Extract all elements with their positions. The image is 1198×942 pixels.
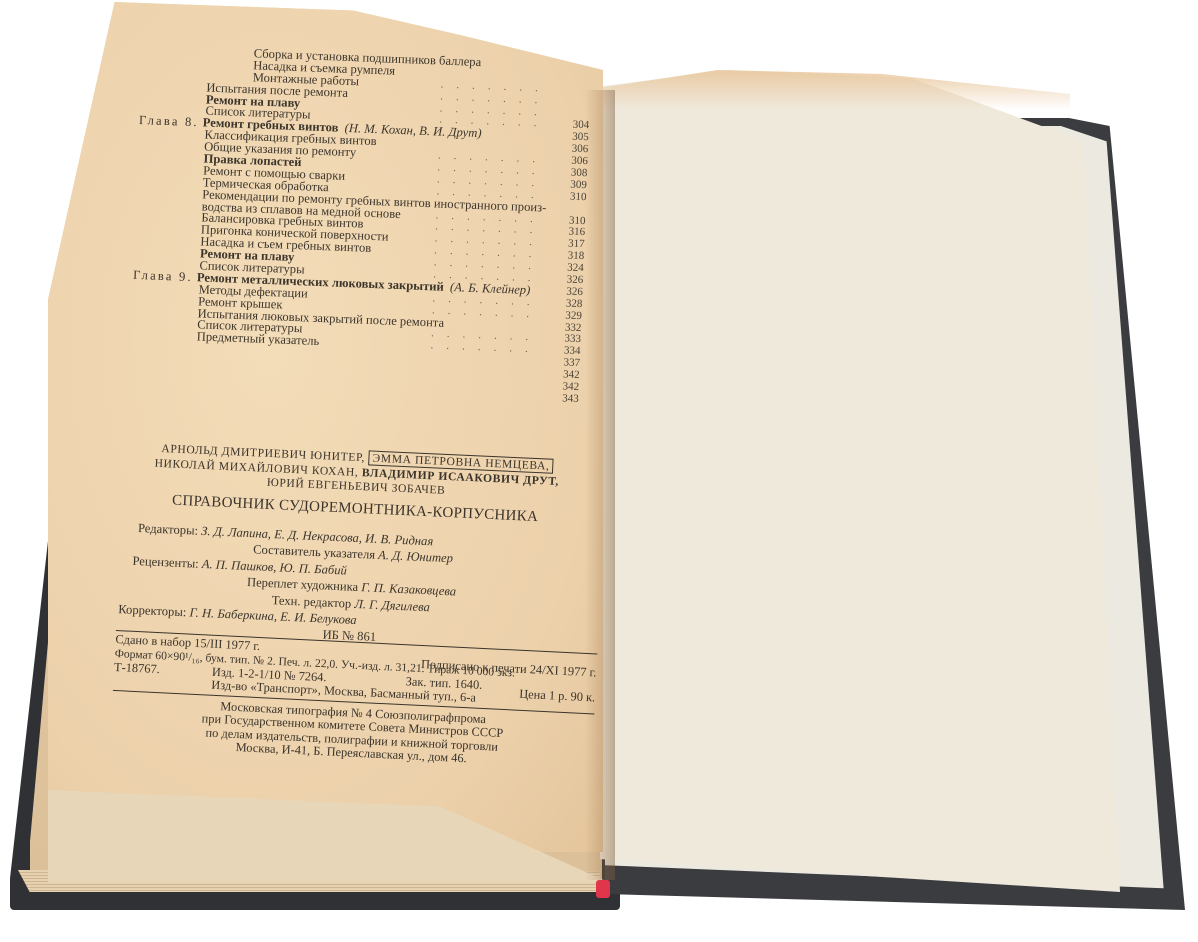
page-stain — [600, 70, 1070, 110]
blank-right-page — [600, 70, 1120, 892]
book-credits: АРНОЛЬД ДМИТРИЕВИЧ ЮНИТЕР, ЭММА ПЕТРОВНА… — [109, 440, 597, 655]
table-of-contents: Сборка и установка подшипников баллера Н… — [129, 44, 592, 406]
colophon: Сдано в набор 15/III 1977 г. Подписано к… — [110, 628, 597, 772]
headband — [596, 880, 610, 898]
open-book: Сборка и установка подшипников баллера Н… — [0, 0, 1198, 942]
